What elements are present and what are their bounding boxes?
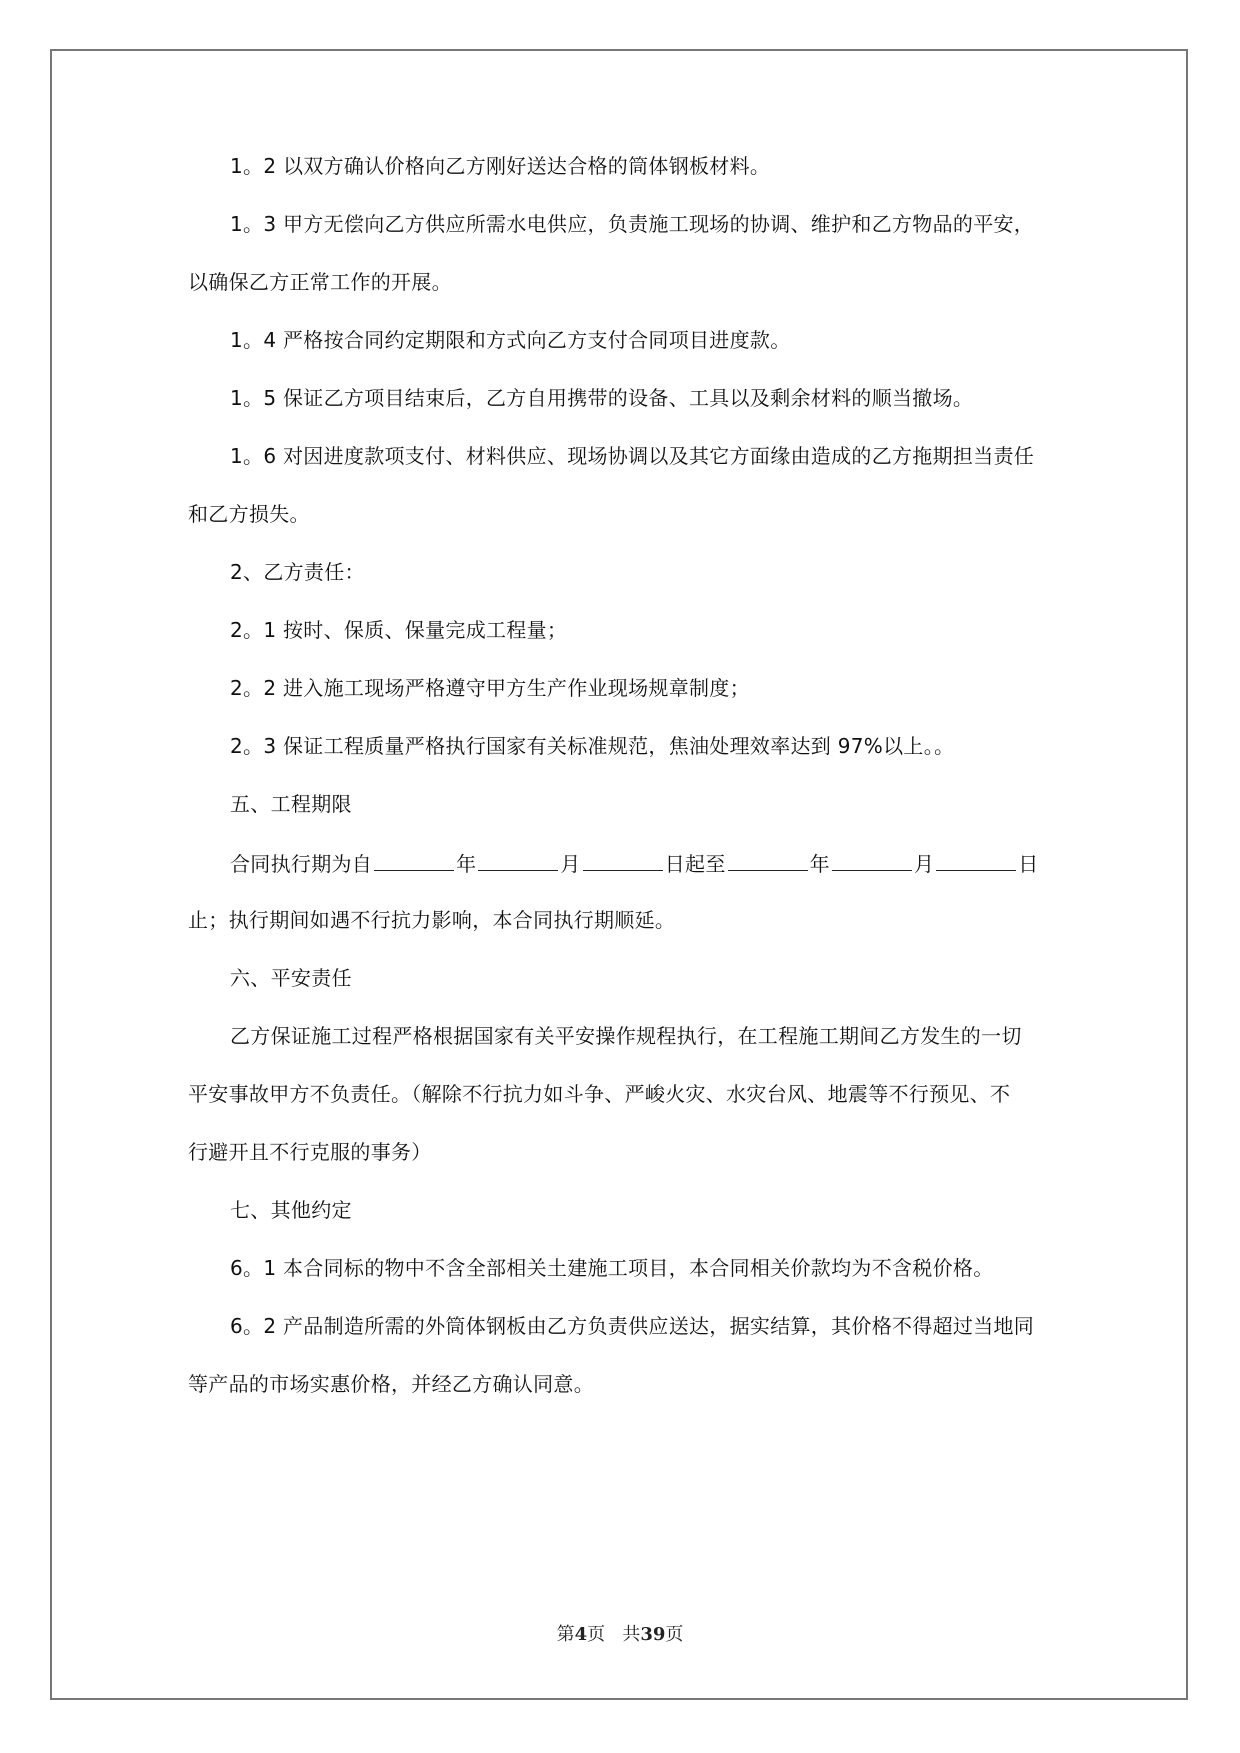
clause-1-6-line2: 和乙方损失。 — [188, 504, 1048, 524]
term-month2-label: 月 — [914, 852, 934, 876]
clause-6-2-line2: 等产品的市场实惠价格，并经乙方确认同意。 — [188, 1374, 1048, 1394]
total-prefix: 共 — [622, 1624, 640, 1645]
total-pages: 39 — [640, 1624, 665, 1645]
clause-2-1: 2。1 按时、保质、保量完成工程量； — [230, 620, 1090, 640]
page-prefix: 第 — [557, 1624, 575, 1645]
blank-end-year[interactable] — [728, 852, 808, 871]
term-day-end-label: 日 — [1018, 852, 1038, 876]
blank-end-month[interactable] — [832, 852, 912, 871]
clause-1-3-line2: 以确保乙方正常工作的开展。 — [188, 272, 1048, 292]
heading-project-term: 五、工程期限 — [230, 794, 1090, 814]
blank-start-day[interactable] — [583, 852, 663, 871]
clause-2-2: 2。2 进入施工现场严格遵守甲方生产作业现场规章制度； — [230, 678, 1090, 698]
term-prefix: 合同执行期为自 — [230, 852, 372, 876]
heading-safety-responsibility: 六、平安责任 — [230, 968, 1090, 988]
heading-other-agreements: 七、其他约定 — [230, 1200, 1090, 1220]
clause-1-3-line1: 1。3 甲方无偿向乙方供应所需水电供应，负责施工现场的协调、维护和乙方物品的平安… — [230, 214, 1090, 234]
term-line: 合同执行期为自年月日起至年月日 — [230, 852, 1090, 874]
term-day-from-label: 日起至 — [665, 852, 726, 876]
term-year2-label: 年 — [810, 852, 830, 876]
clause-1-2: 1。2 以双方确认价格向乙方刚好送达合格的筒体钢板材料。 — [230, 156, 1090, 176]
safety-line1: 乙方保证施工过程严格根据国家有关平安操作规程执行，在工程施工期间乙方发生的一切 — [230, 1026, 1090, 1046]
clause-1-6-line1: 1。6 对因进度款项支付、材料供应、现场协调以及其它方面缘由造成的乙方拖期担当责… — [230, 446, 1090, 466]
page-label: 页 — [587, 1624, 605, 1645]
blank-start-year[interactable] — [374, 852, 454, 871]
clause-6-2-line1: 6。2 产品制造所需的外筒体钢板由乙方负责供应送达，据实结算，其价格不得超过当地… — [230, 1316, 1090, 1336]
term-line-2: 止；执行期间如遇不行抗力影响，本合同执行期顺延。 — [188, 910, 1048, 930]
heading-party-b-responsibility: 2、乙方责任： — [230, 562, 1090, 582]
term-year-label: 年 — [456, 852, 476, 876]
clause-1-5: 1。5 保证乙方项目结束后，乙方自用携带的设备、工具以及剩余材料的顺当撤场。 — [230, 388, 1090, 408]
page-number: 4 — [575, 1624, 588, 1645]
safety-line3: 行避开且不行克服的事务） — [188, 1142, 1048, 1162]
clause-6-1: 6。1 本合同标的物中不含全部相关土建施工项目，本合同相关价款均为不含税价格。 — [230, 1258, 1090, 1278]
term-month-label: 月 — [560, 852, 580, 876]
page-footer: 第4页 共39页 — [0, 1620, 1240, 1646]
clause-2-3: 2。3 保证工程质量严格执行国家有关标准规范，焦油处理效率达到 97%以上。。 — [230, 736, 1090, 756]
total-label: 页 — [665, 1624, 683, 1645]
blank-end-day[interactable] — [936, 852, 1016, 871]
clause-1-4: 1。4 严格按合同约定期限和方式向乙方支付合同项目进度款。 — [230, 330, 1090, 350]
blank-start-month[interactable] — [478, 852, 558, 871]
safety-line2: 平安事故甲方不负责任。（解除不行抗力如斗争、严峻火灾、水灾台风、地震等不行预见、… — [188, 1084, 1048, 1104]
